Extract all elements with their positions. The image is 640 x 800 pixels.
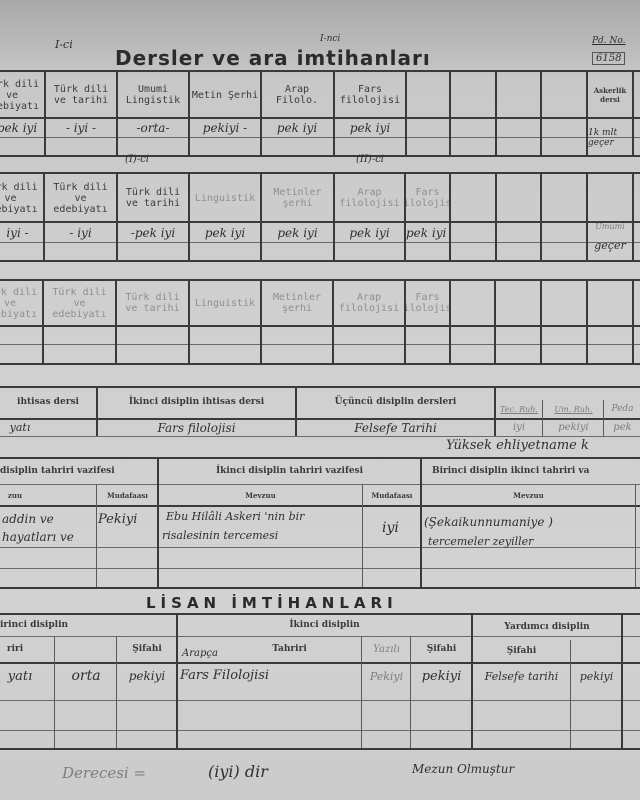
ihtisas-header-3: Üçüncü disiplin dersleri [297, 388, 494, 416]
ihtisas-value-1: yatı [0, 419, 40, 436]
lisan-1-middle-value: orta [56, 664, 116, 688]
year1-header-5: Arap Filolo. [262, 74, 332, 116]
year2-grade-4: pek iyi [190, 223, 260, 242]
lisan-1-header: irinci disiplin [0, 615, 100, 635]
lisan-3-sifahi-value: pekiyi [572, 664, 621, 688]
derece-value: (iyi) dir [208, 762, 268, 781]
divider [542, 400, 543, 436]
divider [0, 70, 640, 72]
divider [410, 636, 411, 748]
divider [495, 70, 497, 156]
divider [570, 640, 571, 748]
divider [540, 70, 542, 156]
tahriri-2-header: İkinci disiplin tahriri vazifesi [159, 459, 420, 483]
tahriri-1-mevzuu-line1: addin ve [2, 512, 54, 526]
year1-header-askerlik: Askerlik dersi [588, 74, 632, 116]
year3-header-6: Arap filolojisi [334, 282, 404, 324]
file-no: 6158 [592, 52, 625, 65]
lisan-3-sifahi-label: Şifahi [473, 640, 570, 662]
tahriri-3-mevzuu-line2: tercemeler zeyiller [428, 535, 533, 548]
tahriri-3-mevzuu-line1: (Şekaikunnumaniye ) [424, 515, 553, 529]
year3-header-3: Türk dili ve tarihi [117, 282, 188, 324]
ihtisas-extra-value-3: pek [605, 419, 640, 436]
divider [449, 70, 451, 156]
yuksek-ehliyetname-note: Yüksek ehliyetname k [446, 438, 589, 453]
divider [54, 636, 55, 748]
tahriri-3-header: Birinci disiplin ikinci tahriri va [422, 459, 640, 483]
ihtisas-extra-value-2: pekiyi [544, 419, 603, 436]
lisan-2-sifahi-value: pekiyi [412, 664, 471, 688]
year2-header-6: Arap filolojisi [335, 176, 404, 220]
ihtisas-extra-header-2: Um. Ruh. [544, 402, 603, 416]
year1-header-2: Türk dili ve tarihi [46, 74, 116, 116]
tahriri-1-mevzuu-line2: hayatları ve [2, 530, 74, 544]
lisan-3-subject-value: Felsefe tarihi [473, 664, 570, 688]
year2-header-3: Türk dili ve tarihi [118, 176, 188, 220]
year1-grade-5: pek iyi [262, 119, 332, 137]
tahriri-1-mudafaasi: Pekiyi [98, 512, 137, 527]
divider [632, 279, 634, 364]
title-annotation: I-ci [55, 38, 73, 51]
tahriri-2-mudafaasi: iyi [382, 520, 399, 536]
tahriri-2-mevzuu-label: Mevzuu [159, 486, 362, 504]
year3-header-2: Türk dili ve edebiyatı [44, 282, 115, 324]
year1-grade-askerlik: 1k mlt geçer [588, 124, 632, 152]
lisan-2-yazili-label: Yazılı [363, 638, 410, 660]
year2-grade-7: pek iyi [406, 223, 466, 242]
year3-header-5: Metinler şerhi [262, 282, 332, 324]
tahriri-2-mevzuu-line2: risalesinin tercemesi [162, 529, 278, 542]
divider [0, 137, 640, 138]
divider [586, 279, 588, 364]
year1-header-6: Fars filolojisi [335, 74, 405, 116]
divider [0, 344, 640, 345]
section-marker-1: (I)-ci [125, 154, 149, 165]
scanned-transcript-page: I-ci Dersler ve ara imtihanları I-nci Pd… [0, 0, 640, 800]
year1-header-3: Umumi Lingistik [118, 74, 188, 116]
divider [96, 484, 97, 587]
year1-header-4: Metin Şerhi [190, 74, 260, 116]
mezun-olmustur: Mezun Olmuştur [412, 762, 514, 776]
tahriri-3-mevzuu-label: Mevzuu [422, 486, 635, 504]
year1-grade-6: pek iyi [335, 119, 405, 137]
year3-header-7: Fars filolojisi [406, 282, 449, 324]
divider [0, 363, 640, 365]
tahriri-2-mudafaasi-label: Mudafaası [364, 486, 420, 504]
lisan-2-yazili-value: Pekiyi [363, 664, 410, 688]
divider [116, 636, 117, 748]
page-title: Dersler ve ara imtihanları [115, 46, 431, 70]
divider [540, 279, 542, 364]
year2-grade-umumi: geçer [588, 236, 632, 254]
lisan-1-sifahi-label: Şifahi [118, 638, 176, 660]
lisan-1-sifahi-value: pekiyi [118, 664, 176, 688]
ihtisas-header-1: ihtisas dersi [0, 388, 96, 416]
file-no-label: Pd. No. [592, 36, 626, 46]
divider [632, 70, 634, 156]
divider [494, 279, 496, 364]
year2-header-2: Türk dili ve edebiyatı [45, 176, 116, 220]
divider [635, 484, 636, 587]
divider [361, 636, 362, 748]
year1-grade-3: -orta- [118, 119, 188, 137]
ihtisas-value-3: Felsefe Tarihi [297, 419, 494, 436]
lisan-1-tahriri-label: riri [0, 638, 30, 660]
lisan-2-tahriri-note: Arapça [182, 648, 218, 659]
year2-header-4: Linguistik [190, 176, 260, 220]
year2-grade-6: pek iyi [335, 223, 404, 242]
divider [603, 400, 604, 436]
divider [632, 172, 634, 261]
lisan-3-header: Yardımcı disiplin [473, 615, 621, 639]
year2-grade-3: -pek iyi [118, 223, 188, 242]
tahriri-2-mevzuu-line1: Ebu Hilâli Askeri 'nin bir [166, 510, 304, 523]
year2-header-7: Fars filolojisi [406, 176, 449, 220]
ihtisas-extra-value-1: iyi [496, 419, 542, 436]
divider [0, 587, 640, 589]
divider [0, 748, 640, 750]
section-marker-2: (II)-ci [356, 154, 384, 165]
year2-grade-1: iyi - [0, 223, 43, 242]
tahriri-1-header: disiplin tahriri vazifesi [0, 459, 130, 483]
divider [449, 172, 451, 261]
divider [0, 279, 640, 281]
title-superscript: I-nci [320, 34, 340, 44]
divider [540, 172, 542, 261]
divider [362, 484, 363, 587]
year2-header-1: Türk dili ve edebiyatı [0, 176, 43, 220]
divider [0, 325, 640, 327]
divider [495, 172, 497, 261]
tahriri-1-mudafaasi-label: Mudafaası [98, 486, 157, 504]
divider [405, 70, 407, 156]
year1-grade-1: pek iyi [0, 119, 44, 137]
divider [0, 155, 640, 157]
divider [0, 260, 640, 262]
divider [449, 279, 451, 364]
ihtisas-extra-header-3: Peda [605, 402, 640, 416]
divider [0, 172, 640, 174]
lisan-2-tahriri-value: Fars Filolojisi [180, 668, 269, 683]
derece-label: Derecesi = [62, 764, 146, 782]
year1-grade-2: - iyi - [46, 119, 116, 137]
tahriri-1-mevzuu-label: zuu [0, 486, 30, 504]
lisan-2-sifahi-label: Şifahi [412, 638, 471, 660]
year2-header-5: Metinler şerhi [262, 176, 333, 220]
year1-header-1: Türk dili ve edebiyatı [0, 74, 44, 116]
ihtisas-header-2: İkinci disiplin ihtisas dersi [98, 388, 295, 416]
divider [621, 613, 623, 748]
lisan-1-tahriri-value: yatı [0, 664, 40, 688]
ihtisas-extra-header-1: Tec. Ruh. [496, 402, 542, 416]
divider [0, 242, 640, 243]
divider [0, 730, 640, 731]
year1-grade-4: pekiyi - [190, 119, 260, 137]
lisan-2-header: İkinci disiplin [178, 615, 471, 635]
year2-grade-2: - iyi [45, 223, 116, 242]
year2-header-umumi: Umumi [588, 220, 632, 232]
year3-header-1: Türk dili ve edebiyatı [0, 282, 42, 324]
lisan-title: LİSAN İMTİHANLARI [146, 594, 398, 612]
divider [0, 436, 640, 437]
year2-grade-5: pek iyi [262, 223, 333, 242]
ihtisas-value-2: Fars filolojisi [98, 419, 295, 436]
year3-header-4: Linguistik [190, 282, 260, 324]
divider [0, 700, 640, 701]
